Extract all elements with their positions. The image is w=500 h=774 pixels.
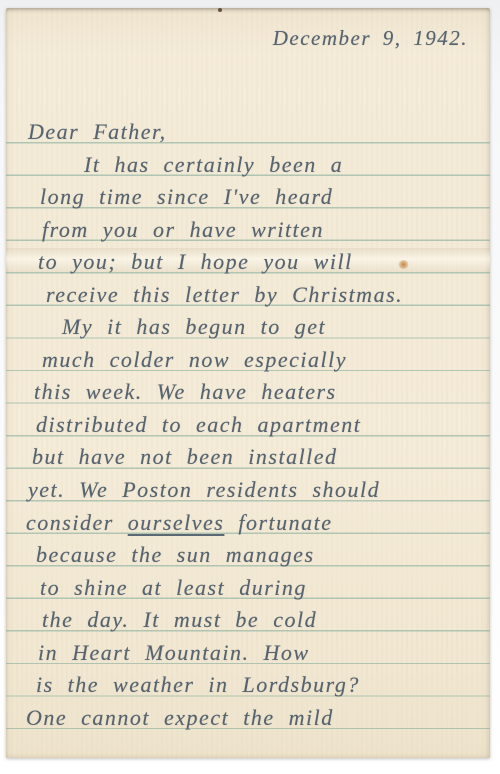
letter-date: December 9, 1942. [273, 26, 468, 51]
handwritten-line: this week. We have heaters [26, 376, 486, 409]
letter-body: Dear Father, It has certainly been a lon… [26, 116, 486, 734]
handwritten-line: consider ourselves fortunate [26, 507, 486, 540]
line-text: fortunate [224, 510, 332, 535]
handwritten-line: in Heart Mountain. How [26, 637, 486, 670]
handwritten-line: receive this letter by Christmas. [26, 279, 486, 312]
handwritten-line: My it has begun to get [26, 311, 486, 344]
line-text: consider [26, 510, 128, 535]
letter-paper: December 9, 1942. Dear Father, It has ce… [6, 8, 490, 758]
handwritten-line: yet. We Poston residents should [26, 474, 486, 507]
handwritten-line: distributed to each apartment [26, 409, 486, 442]
handwritten-line: because the sun manages [26, 539, 486, 572]
handwritten-line: but have not been installed [26, 441, 486, 474]
salutation: Dear Father, [26, 116, 486, 149]
ink-speck [218, 8, 222, 12]
handwritten-line: is the weather in Lordsburg? [26, 669, 486, 702]
handwritten-line: the day. It must be cold [26, 604, 486, 637]
handwritten-line: much colder now especially [26, 344, 486, 377]
handwritten-line: from you or have written [26, 214, 486, 247]
handwritten-line: to shine at least during [26, 572, 486, 605]
handwritten-line: to you; but I hope you will [26, 246, 486, 279]
scan-background: December 9, 1942. Dear Father, It has ce… [0, 0, 500, 774]
underlined-word: ourselves [128, 510, 225, 535]
handwritten-line: long time since I've heard [26, 181, 486, 214]
handwritten-line: It has certainly been a [26, 149, 486, 182]
handwritten-line: One cannot expect the mild [26, 702, 486, 735]
